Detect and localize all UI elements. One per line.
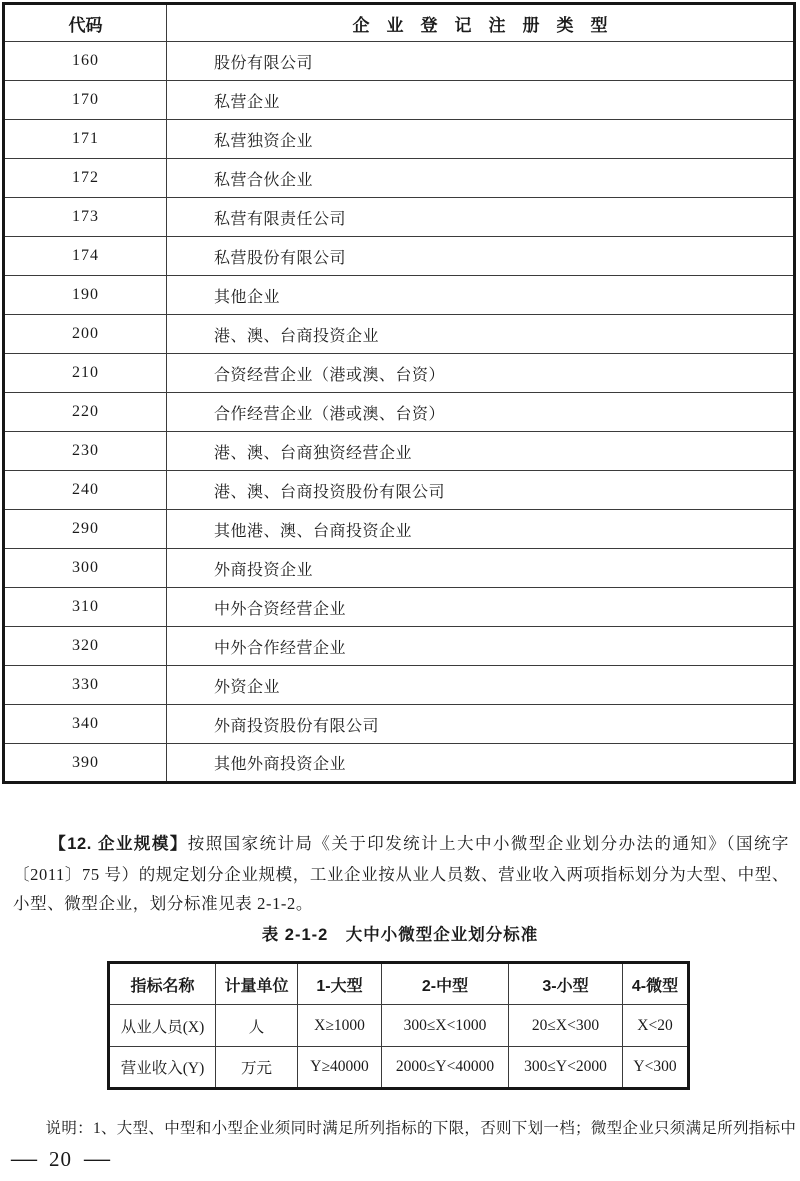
- code-cell: 390: [4, 744, 167, 783]
- large-cell: X≥1000: [298, 1005, 382, 1047]
- large-header: 1-大型: [298, 963, 382, 1005]
- enterprise-scale-paragraph: 【12. 企业规模】按照国家统计局《关于印发统计上大中小微型企业划分办法的通知》…: [13, 829, 789, 919]
- type-cell: 私营有限责任公司: [167, 198, 795, 237]
- table-row: 营业收入(Y) 万元 Y≥40000 2000≤Y<40000 300≤Y<20…: [109, 1047, 689, 1089]
- large-cell: Y≥40000: [298, 1047, 382, 1089]
- table-row: 290其他港、澳、台商投资企业: [4, 510, 795, 549]
- code-cell: 173: [4, 198, 167, 237]
- table-row: 190其他企业: [4, 276, 795, 315]
- type-cell: 港、澳、台商投资企业: [167, 315, 795, 354]
- type-cell: 合作经营企业（港或澳、台资）: [167, 393, 795, 432]
- table-row: 300外商投资企业: [4, 549, 795, 588]
- indicator-cell: 营业收入(Y): [109, 1047, 216, 1089]
- size-table-title: 表 2-1-2 大中小微型企业划分标准: [0, 921, 800, 945]
- table-row: 340外商投资股份有限公司: [4, 705, 795, 744]
- footer-right-dash: —: [84, 1148, 110, 1171]
- table-row: 174私营股份有限公司: [4, 237, 795, 276]
- table-header-row: 指标名称 计量单位 1-大型 2-中型 3-小型 4-微型: [109, 963, 689, 1005]
- type-cell: 外商投资股份有限公司: [167, 705, 795, 744]
- page-number: 20: [49, 1147, 72, 1172]
- registration-type-table: 代码 企业登记注册类型 160股份有限公司 170私营企业 171私营独资企业 …: [2, 2, 796, 784]
- explanation-note: 说明：1、大型、中型和小型企业须同时满足所列指标的下限，否则下划一档；微型企业只…: [13, 1116, 797, 1138]
- code-cell: 174: [4, 237, 167, 276]
- table-row: 172私营合伙企业: [4, 159, 795, 198]
- type-column-header: 企业登记注册类型: [167, 4, 795, 42]
- type-cell: 其他港、澳、台商投资企业: [167, 510, 795, 549]
- paragraph-label: 【12. 企业规模】: [49, 835, 187, 853]
- code-cell: 240: [4, 471, 167, 510]
- micro-header: 4-微型: [623, 963, 689, 1005]
- page-footer: — 20 —: [14, 1147, 107, 1172]
- document-page: 代码 企业登记注册类型 160股份有限公司 170私营企业 171私营独资企业 …: [0, 0, 800, 1181]
- table-row: 390其他外商投资企业: [4, 744, 795, 783]
- unit-header: 计量单位: [216, 963, 298, 1005]
- table-row: 320中外合作经营企业: [4, 627, 795, 666]
- code-cell: 290: [4, 510, 167, 549]
- code-cell: 171: [4, 120, 167, 159]
- code-cell: 160: [4, 42, 167, 81]
- type-cell: 港、澳、台商投资股份有限公司: [167, 471, 795, 510]
- indicator-cell: 从业人员(X): [109, 1005, 216, 1047]
- type-cell: 外商投资企业: [167, 549, 795, 588]
- code-cell: 300: [4, 549, 167, 588]
- medium-cell: 300≤X<1000: [382, 1005, 509, 1047]
- table-row: 240港、澳、台商投资股份有限公司: [4, 471, 795, 510]
- size-classification-table: 指标名称 计量单位 1-大型 2-中型 3-小型 4-微型 从业人员(X) 人 …: [107, 961, 690, 1090]
- code-column-header: 代码: [4, 4, 167, 42]
- type-cell: 私营企业: [167, 81, 795, 120]
- medium-header: 2-中型: [382, 963, 509, 1005]
- small-header: 3-小型: [509, 963, 623, 1005]
- table-row: 220合作经营企业（港或澳、台资）: [4, 393, 795, 432]
- code-cell: 340: [4, 705, 167, 744]
- table-row: 160股份有限公司: [4, 42, 795, 81]
- code-cell: 172: [4, 159, 167, 198]
- table-header-row: 代码 企业登记注册类型: [4, 4, 795, 42]
- footer-left-dash: —: [11, 1148, 37, 1171]
- code-cell: 190: [4, 276, 167, 315]
- code-cell: 330: [4, 666, 167, 705]
- code-cell: 310: [4, 588, 167, 627]
- micro-cell: X<20: [623, 1005, 689, 1047]
- table-row: 173私营有限责任公司: [4, 198, 795, 237]
- code-cell: 320: [4, 627, 167, 666]
- code-cell: 200: [4, 315, 167, 354]
- type-cell: 其他外商投资企业: [167, 744, 795, 783]
- type-cell: 股份有限公司: [167, 42, 795, 81]
- type-cell: 私营独资企业: [167, 120, 795, 159]
- micro-cell: Y<300: [623, 1047, 689, 1089]
- table-row: 230港、澳、台商独资经营企业: [4, 432, 795, 471]
- small-cell: 300≤Y<2000: [509, 1047, 623, 1089]
- indicator-name-header: 指标名称: [109, 963, 216, 1005]
- type-cell: 中外合资经营企业: [167, 588, 795, 627]
- type-cell: 私营股份有限公司: [167, 237, 795, 276]
- small-cell: 20≤X<300: [509, 1005, 623, 1047]
- unit-cell: 万元: [216, 1047, 298, 1089]
- type-cell: 外资企业: [167, 666, 795, 705]
- code-cell: 220: [4, 393, 167, 432]
- unit-cell: 人: [216, 1005, 298, 1047]
- table-row: 从业人员(X) 人 X≥1000 300≤X<1000 20≤X<300 X<2…: [109, 1005, 689, 1047]
- type-cell: 合资经营企业（港或澳、台资）: [167, 354, 795, 393]
- table-row: 170私营企业: [4, 81, 795, 120]
- medium-cell: 2000≤Y<40000: [382, 1047, 509, 1089]
- code-cell: 230: [4, 432, 167, 471]
- type-cell: 港、澳、台商独资经营企业: [167, 432, 795, 471]
- type-cell: 私营合伙企业: [167, 159, 795, 198]
- table-row: 310中外合资经营企业: [4, 588, 795, 627]
- type-cell: 中外合作经营企业: [167, 627, 795, 666]
- code-cell: 170: [4, 81, 167, 120]
- type-cell: 其他企业: [167, 276, 795, 315]
- table-row: 330外资企业: [4, 666, 795, 705]
- table-row: 200港、澳、台商投资企业: [4, 315, 795, 354]
- table-row: 171私营独资企业: [4, 120, 795, 159]
- table-row: 210合资经营企业（港或澳、台资）: [4, 354, 795, 393]
- code-cell: 210: [4, 354, 167, 393]
